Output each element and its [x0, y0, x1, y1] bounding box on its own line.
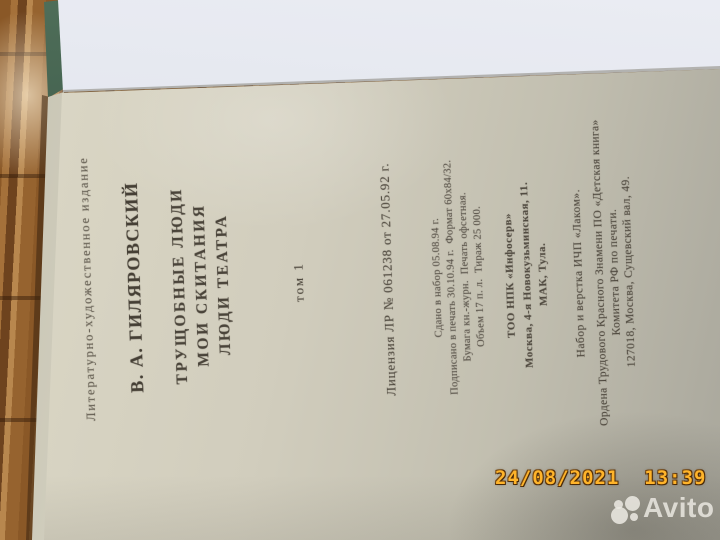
camera-timestamp: 24/08/2021 13:39	[495, 467, 706, 489]
edition-note-line: Литературно-художественное издание	[72, 39, 103, 539]
avito-watermark: Avito	[610, 495, 720, 531]
rotated-page-text: Литературно-художественное издание В. А.…	[34, 19, 720, 540]
avito-logo-icon	[630, 513, 638, 521]
avito-wordmark: Avito	[643, 492, 714, 524]
volume-line: том 1	[283, 32, 315, 532]
avito-logo-icon	[611, 507, 628, 524]
author-line: В. А. ГИЛЯРОВСКИЙ	[116, 37, 153, 537]
avito-logo-icon	[625, 496, 640, 511]
license-line: Лицензия ЛР № 061238 от 27.05.92 г.	[372, 29, 404, 529]
